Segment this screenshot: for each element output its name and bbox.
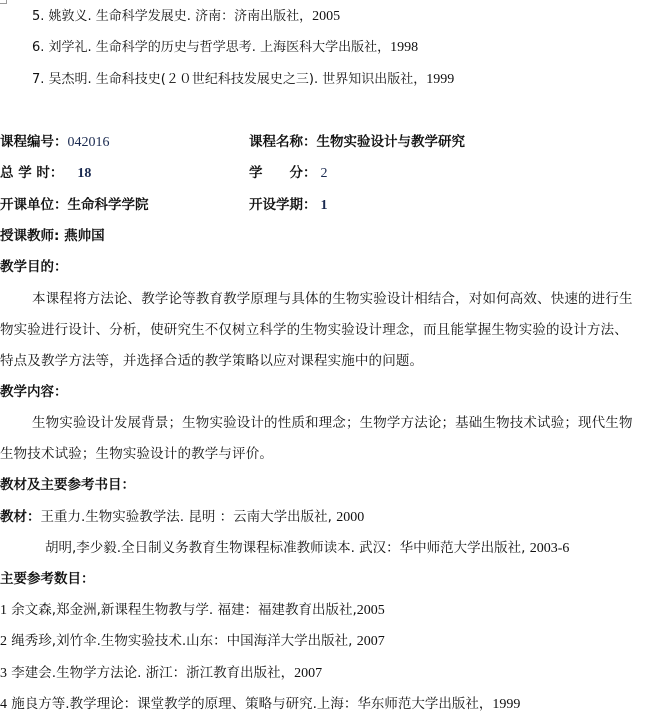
reference-text: 李建会.生物学方法论. 浙江：浙江教育出版社， [7, 665, 294, 681]
reference-index: 3 [0, 666, 7, 681]
course-name-value: 生物实验设计与教学研究 [317, 134, 466, 150]
course-name-field: 课程名称：生物实验设计与教学研究 [249, 133, 465, 151]
main-reference-2: 2 绳秀珍,刘竹伞.生物实验技术.山东：中国海洋大学出版社, 2007 [0, 632, 385, 651]
reference-text: 绳秀珍,刘竹伞.生物实验技术.山东：中国海洋大学出版社, [7, 633, 357, 649]
objectives-line-2: 物实验进行设计、分析，使研究生不仅树立科学的生物实验设计理念，而且能掌握生物实验… [0, 321, 628, 339]
objectives-line-1: 本课程将方法论、教学论等教育教学原理与具体的生物实验设计相结合，对如何高效、快速… [32, 290, 633, 308]
reference-year: 1999 [426, 72, 454, 87]
semester-field: 开设学期：1 [249, 196, 328, 215]
reference-index: 7. [32, 72, 44, 87]
content-heading: 教学内容： [0, 383, 68, 401]
textbook-year: 2003-6 [530, 541, 570, 556]
page-corner-mark [0, 0, 7, 4]
reference-index: 4 [0, 697, 7, 712]
main-reference-1: 1 余文森,郑金洲,新课程生物教与学. 福建：福建教育出版社,2005 [0, 601, 385, 620]
reference-text: 吴杰明. 生命科技史(２０世纪科技发展史之三). 世界知识出版社， [49, 72, 427, 87]
offering-unit-field: 开课单位：生命科学学院 [0, 196, 149, 214]
offering-unit-label: 开课单位： [0, 197, 68, 213]
reference-index: 1 [0, 603, 7, 618]
main-references-heading: 主要参考数目： [0, 570, 95, 588]
total-hours-value: 18 [77, 166, 91, 181]
previous-reference-6: 6. 刘学礼. 生命科学的历史与哲学思考. 上海医科大学出版社，1998 [32, 39, 418, 57]
semester-label: 开设学期： [249, 197, 317, 213]
reference-index: 5. [32, 9, 44, 24]
reference-index: 6. [32, 40, 44, 55]
reference-year: 2007 [357, 634, 385, 649]
credits-field: 学 分：2 [249, 164, 328, 183]
reference-year: 2005 [312, 9, 340, 24]
reference-text: 施良方等.教学理论：课堂教学的原理、策略与研究.上海：华东师范大学出版社， [7, 696, 492, 712]
objectives-heading: 教学目的： [0, 258, 68, 276]
teacher-label: 授课教师: [0, 228, 64, 244]
main-reference-4: 4 施良方等.教学理论：课堂教学的原理、策略与研究.上海：华东师范大学出版社，1… [0, 695, 520, 714]
textbook-label: 教材： [0, 509, 41, 525]
previous-reference-7: 7. 吴杰明. 生命科技史(２０世纪科技发展史之三). 世界知识出版社，1999 [32, 71, 454, 89]
total-hours-label: 总 学 时： [0, 165, 63, 181]
reference-year: 1999 [492, 697, 520, 712]
teacher-value: 燕帅国 [64, 228, 105, 244]
textbook-1: 教材：王重力.生物实验教学法. 昆明 ：云南大学出版社, 2000 [0, 508, 364, 527]
textbook-2: 胡明,李少毅.全日制义务教育生物课程标准教师读本. 武汉：华中师范大学出版社, … [45, 539, 569, 558]
previous-reference-5: 5. 姚敦义. 生命科学发展史. 济南：济南出版社，2005 [32, 8, 340, 26]
course-code-label: 课程编号： [0, 134, 68, 150]
credits-value: 2 [321, 166, 328, 181]
teacher-field: 授课教师: 燕帅国 [0, 227, 105, 245]
reference-year: 1998 [390, 40, 418, 55]
course-code-value: 042016 [68, 135, 110, 150]
reference-text: 余文森,郑金洲,新课程生物教与学. 福建：福建教育出版社, [7, 602, 357, 618]
textbooks-heading: 教材及主要参考书目： [0, 476, 135, 494]
total-hours-field: 总 学 时：18 [0, 164, 91, 183]
course-code-field: 课程编号：042016 [0, 133, 110, 152]
textbook-text: 胡明,李少毅.全日制义务教育生物课程标准教师读本. 武汉：华中师范大学出版社, [45, 540, 530, 556]
objectives-line-3: 特点及教学方法等，并选择合适的教学策略以应对课程实施中的问题。 [0, 352, 423, 370]
content-line-2: 生物技术试验；生物实验设计的教学与评价。 [0, 445, 273, 463]
reference-index: 2 [0, 634, 7, 649]
reference-text: 姚敦义. 生命科学发展史. 济南：济南出版社， [49, 9, 313, 24]
offering-unit-value: 生命科学学院 [68, 197, 149, 213]
textbook-year: 2000 [336, 510, 364, 525]
reference-year: 2005 [357, 603, 385, 618]
main-reference-3: 3 李建会.生物学方法论. 浙江：浙江教育出版社，2007 [0, 664, 322, 683]
content-line-1: 生物实验设计发展背景；生物实验设计的性质和理念；生物学方法论；基础生物技术试验；… [32, 414, 633, 432]
textbook-text: 王重力.生物实验教学法. 昆明 ：云南大学出版社, [41, 509, 337, 525]
course-name-label: 课程名称： [249, 134, 317, 150]
semester-value: 1 [321, 198, 328, 213]
reference-year: 2007 [294, 666, 322, 681]
credits-label: 学 分： [249, 165, 317, 181]
reference-text: 刘学礼. 生命科学的历史与哲学思考. 上海医科大学出版社， [49, 40, 391, 55]
